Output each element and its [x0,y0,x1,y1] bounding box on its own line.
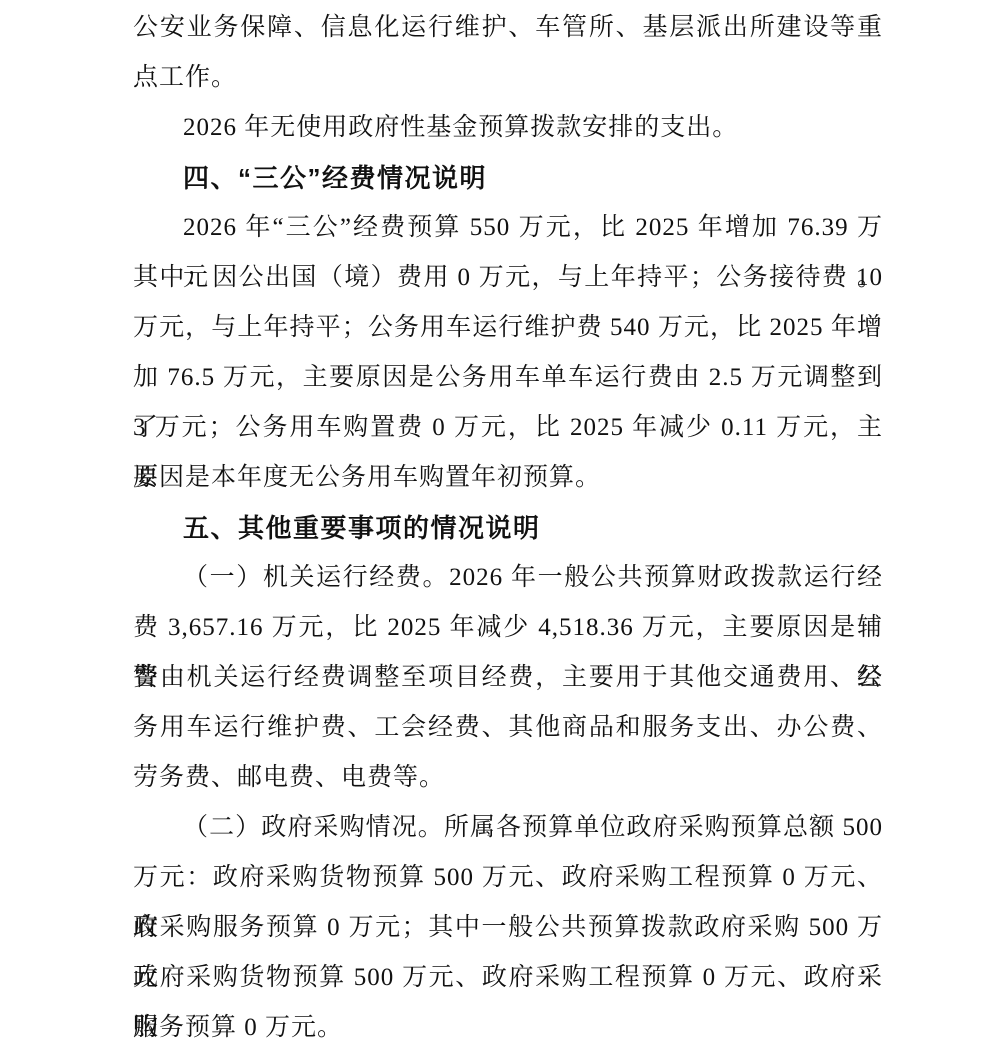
text-line: 2026 年“三公”经费预算 550 万元，比 2025 年增加 76.39 万… [133,203,883,253]
document-text-block: 公安业务保障、信息化运行维护、车管所、基层派出所建设等重点工作。2026 年无使… [133,3,883,1053]
text-line: 劳务费、邮电费、电费等。 [133,753,883,803]
text-line: 府采购服务预算 0 万元；其中一般公共预算拨款政府采购 500 万元： [133,903,883,953]
text-line: 其中：因公出国（境）费用 0 万元，与上年持平；公务接待费 10 [133,253,883,303]
text-line: 务用车运行维护费、工会经费、其他商品和服务支出、办公费、 [133,703,883,753]
text-line: （二）政府采购情况。所属各预算单位政府采购预算总额 500 [133,803,883,853]
text-line: 万元，与上年持平；公务用车运行维护费 540 万元，比 2025 年增 [133,303,883,353]
text-line: 原因是本年度无公务用车购置年初预算。 [133,453,883,503]
section-heading: 五、其他重要事项的情况说明 [133,503,883,553]
text-line: 加 76.5 万元，主要原因是公务用车单车运行费由 2.5 万元调整到了 [133,353,883,403]
text-line: 公安业务保障、信息化运行维护、车管所、基层派出所建设等重 [133,3,883,53]
text-line: （一）机关运行经费。2026 年一般公共预算财政拨款运行经 [133,553,883,603]
document-page: 公安业务保障、信息化运行维护、车管所、基层派出所建设等重点工作。2026 年无使… [0,0,1000,1053]
text-line: 费 3,657.16 万元，比 2025 年减少 4,518.36 万元，主要原… [133,603,883,653]
text-line: 万元：政府采购货物预算 500 万元、政府采购工程预算 0 万元、政 [133,853,883,903]
text-line: 政府采购货物预算 500 万元、政府采购工程预算 0 万元、政府采购 [133,953,883,1003]
text-line: 3 万元；公务用车购置费 0 万元，比 2025 年减少 0.11 万元，主要 [133,403,883,453]
text-line: 费由机关运行经费调整至项目经费，主要用于其他交通费用、公 [133,653,883,703]
text-line: 点工作。 [133,53,883,103]
text-line: 服务预算 0 万元。 [133,1003,883,1053]
text-line: 2026 年无使用政府性基金预算拨款安排的支出。 [133,103,883,153]
section-heading: 四、“三公”经费情况说明 [133,153,883,203]
